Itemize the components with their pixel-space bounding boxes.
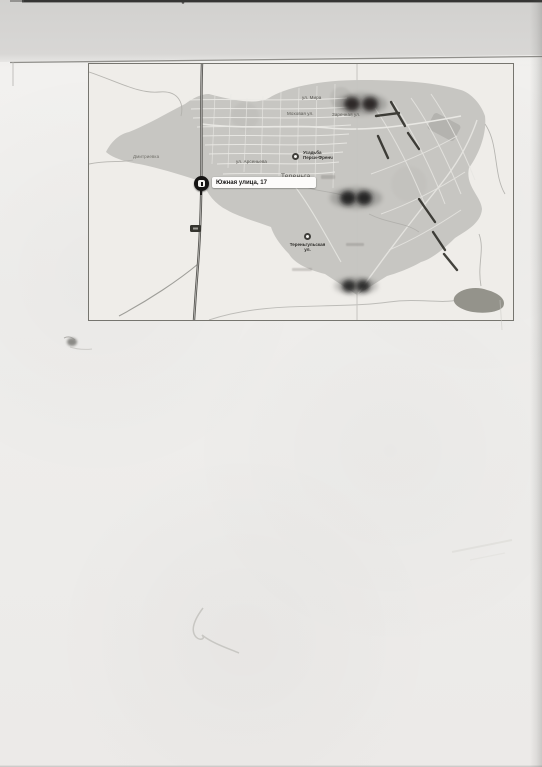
poi-terengulskaya: Тереньгульская ул. [304,233,311,240]
printed-map: ул. Мира Моховая ул. Заречная ул. ул. Ар… [88,63,514,321]
address-label: Южная улица, 17 [216,179,269,183]
street-label: Заречная ул. [332,112,360,117]
poi-estate-label: Усадьба Перси-Френч [303,150,333,160]
poi-circle-icon [304,233,311,240]
address-marker: Южная улица, 17 [194,176,316,191]
poi-estate: Усадьба Перси-Френч [292,153,299,160]
pond [454,288,504,313]
page-edge-shadow [530,0,542,767]
poi-circle-icon [292,153,299,160]
illegible-label-smudge [346,243,364,246]
illegible-label-smudge [321,175,335,179]
area-label: Дмитриевка [133,154,159,159]
poi-terengulskaya-label: Тереньгульская ул. [270,242,345,252]
street-label: ул. Мира [302,95,321,100]
pin-tail [200,190,202,195]
scanned-page: ул. Мира Моховая ул. Заречная ул. ул. Ар… [0,0,542,767]
street-label: Моховая ул. [287,111,314,116]
address-pin-icon [194,176,209,191]
address-label-bubble: Южная улица, 17 [212,177,316,188]
street-label: ул. Арсеньева [236,159,267,164]
map-graphics [89,64,513,320]
illegible-label-smudge [292,268,312,271]
